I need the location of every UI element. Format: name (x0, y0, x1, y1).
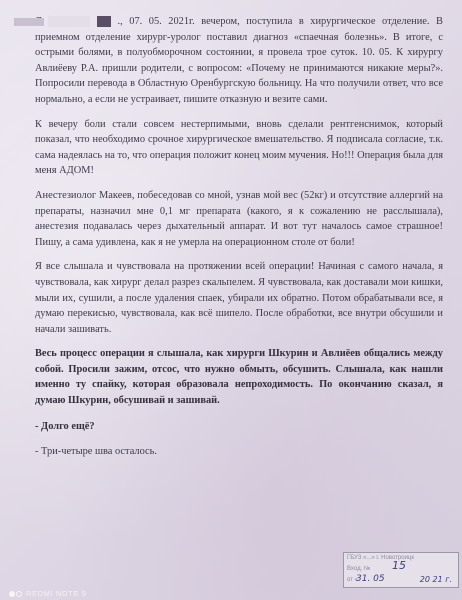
redacted-name-block (97, 16, 111, 27)
paragraph-xray: К вечеру боли стали совсем нестерпимыми,… (35, 117, 443, 179)
paragraph-surgeons: Весь процесс операции я слышала, как хир… (35, 346, 443, 408)
paragraph-operation: Я все слышала и чувствовала на протяжени… (35, 259, 443, 337)
dialog-line-answer: - Три-четыре шва осталось. (35, 444, 443, 460)
paragraph-text: ., 07. 05. 2021г. вечером, поступила в х… (35, 16, 443, 105)
stamp-number-label: Вход. № (347, 566, 370, 572)
paragraph-anesthesia: Анестезиолог Макеев, побеседовав со мной… (35, 188, 443, 250)
redacted-name (48, 16, 90, 27)
redacted-block-secondary (14, 18, 44, 26)
stamp-date: 31. 05 (356, 574, 385, 584)
registration-stamp: ГБУЗ «...» г. Новотроицк Вход. № 15 от «… (343, 552, 459, 588)
device-name: REDMI NOTE 9 (26, 589, 87, 598)
paragraph-admission: Я ., 07. 05. 2021г. вечером, поступила в… (35, 14, 443, 108)
dialog-line-question: - Долго ещё? (35, 419, 443, 435)
stamp-number: 15 (392, 559, 406, 572)
camera-watermark: REDMI NOTE 9 (9, 589, 87, 598)
document-photo: Я ., 07. 05. 2021г. вечером, поступила в… (0, 0, 462, 600)
camera-logo-icon (9, 591, 22, 597)
stamp-year: 20 21 г. (420, 575, 452, 584)
document-body: Я ., 07. 05. 2021г. вечером, поступила в… (35, 14, 443, 470)
